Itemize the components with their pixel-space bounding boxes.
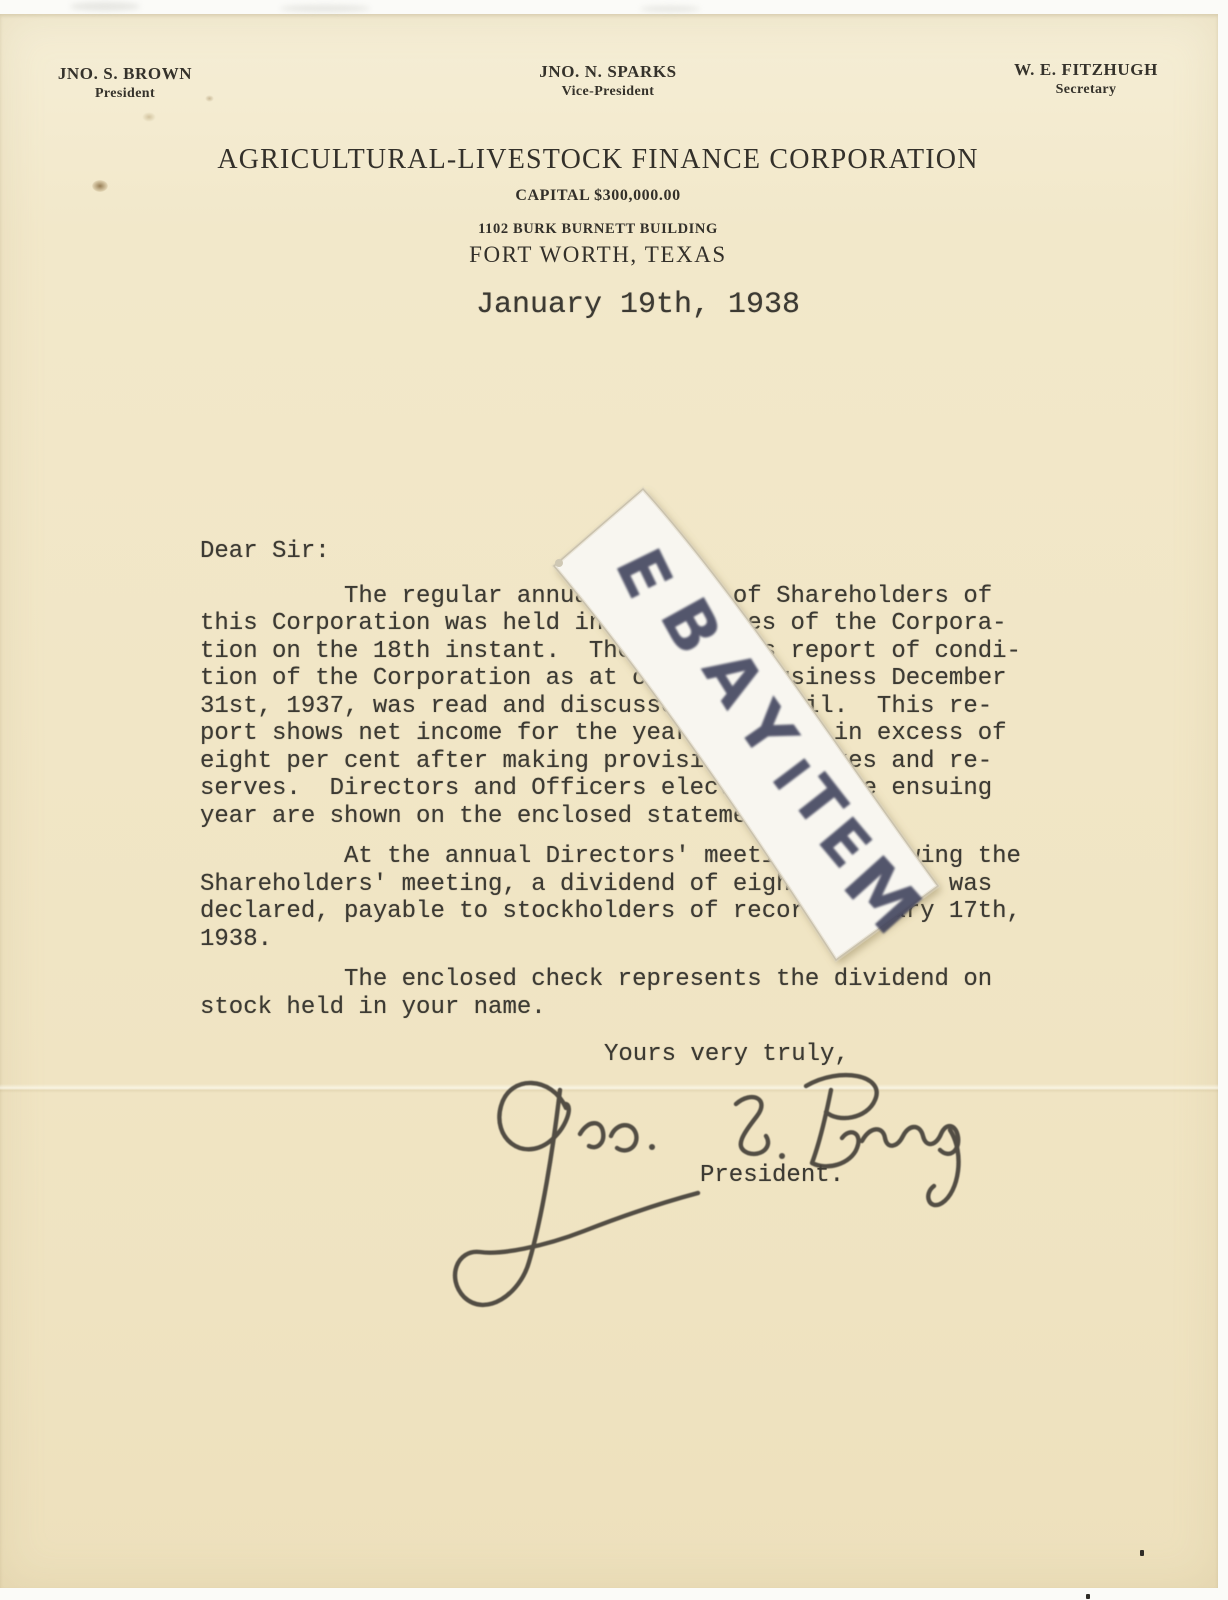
body-line: Shareholders' meeting, a dividend of eig… [200, 871, 1080, 899]
salutation: Dear Sir: [200, 538, 1080, 566]
paragraph-3: The enclosed check represents the divide… [200, 966, 1080, 1021]
officer-title: Secretary [986, 82, 1186, 98]
scan-smudge [640, 6, 700, 12]
body-line: year are shown on the enclosed statement… [200, 803, 1080, 831]
officer-right: W. E. FITZHUGH Secretary [986, 60, 1186, 98]
officer-center: JNO. N. SPARKS Vice-President [508, 62, 708, 100]
body-line: 1938. [200, 926, 1080, 954]
body-line: The enclosed check represents the divide… [200, 966, 1080, 994]
body-line: declared, payable to stockholders of rec… [200, 898, 1080, 926]
letter-date: January 19th, 1938 [476, 288, 800, 322]
scanned-letter-page: JNO. S. BROWN President JNO. N. SPARKS V… [0, 0, 1228, 1600]
body-line: stock held in your name. [200, 994, 1080, 1022]
body-line: serves. Directors and Officers elected f… [200, 775, 1080, 803]
body-line: this Corporation was held in the offices… [200, 610, 1080, 638]
body-line: port shows net income for the year sligh… [200, 720, 1080, 748]
company-capital: CAPITAL $300,000.00 [0, 187, 1196, 205]
officer-title: Vice-President [508, 84, 708, 100]
letter-body: Dear Sir: The regular annual meeting of … [200, 538, 1080, 1021]
fold-crease [0, 1084, 1218, 1093]
officer-name: JNO. S. BROWN [25, 64, 225, 84]
officer-name: JNO. N. SPARKS [508, 62, 708, 82]
ink-speck [1140, 1550, 1144, 1556]
scan-smudge [280, 5, 370, 12]
company-address: 1102 BURK BURNETT BUILDING [0, 221, 1196, 238]
body-line: tion on the 18th instant. The Auditor's … [200, 638, 1080, 666]
paragraph-2: At the annual Directors' meeting, follow… [200, 843, 1080, 953]
body-line: eight per cent after making provision fo… [200, 748, 1080, 776]
letterhead-block: AGRICULTURAL-LIVESTOCK FINANCE CORPORATI… [0, 144, 1196, 268]
signer-title: President. [700, 1162, 844, 1189]
paragraph-1: The regular annual meeting of Shareholde… [200, 583, 1080, 831]
body-line: The regular annual meeting of Shareholde… [200, 583, 1080, 611]
officer-title: President [25, 86, 225, 102]
body-line: 31st, 1937, was read and discussed in de… [200, 693, 1080, 721]
scan-smudge [70, 2, 140, 11]
company-city: FORT WORTH, TEXAS [0, 242, 1196, 268]
paper-stain [142, 112, 156, 122]
company-name: AGRICULTURAL-LIVESTOCK FINANCE CORPORATI… [0, 144, 1196, 176]
officer-name: W. E. FITZHUGH [986, 60, 1186, 80]
closing: Yours very truly, [604, 1041, 849, 1068]
body-line: At the annual Directors' meeting, follow… [200, 843, 1080, 871]
officer-left: JNO. S. BROWN President [25, 64, 225, 102]
ink-speck [1086, 1594, 1090, 1599]
body-line: tion of the Corporation as at close of b… [200, 665, 1080, 693]
